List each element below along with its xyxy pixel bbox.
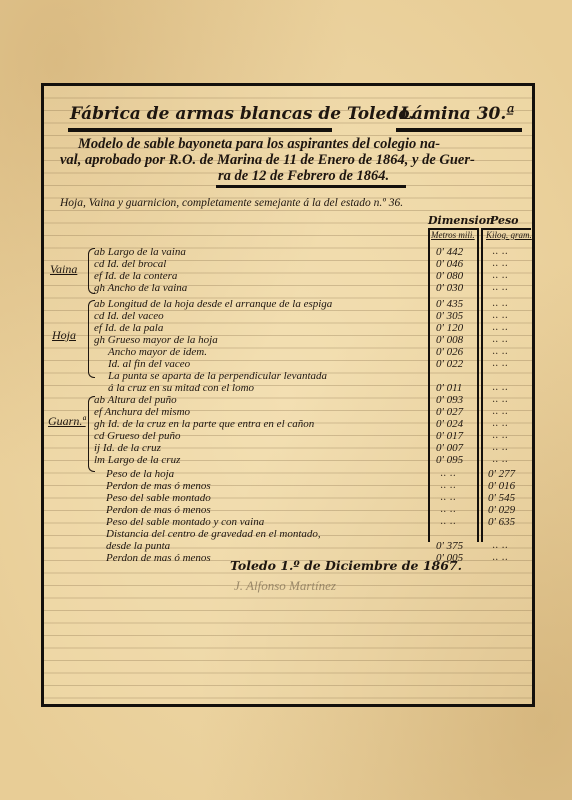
row-guarn-5: lm Largo de la cruz	[94, 454, 180, 466]
row-vaina-0: ab Largo de la vaina	[94, 246, 186, 258]
weight-row-4: Peso del sable montado y con vaina	[106, 516, 264, 528]
plate-underline	[396, 128, 522, 132]
weight-row-1: Perdon de mas ó menos	[106, 480, 211, 492]
row-guarn-0: ab Altura del puño	[94, 394, 177, 406]
peso-header: Peso	[490, 214, 519, 227]
peso-hoja-5: .. ..	[492, 358, 508, 369]
row-guarn-3: cd Grueso del puño	[94, 430, 180, 442]
row-hoja-6: La punta se aparta de la perpendicular l…	[108, 370, 327, 382]
dim-guarn-0: 0' 093	[436, 394, 463, 406]
peso-hoja-0: .. ..	[492, 298, 508, 309]
intro-text: Hoja, Vaina y guarnicion, completamente …	[60, 197, 403, 209]
peso-guarn-0: .. ..	[492, 394, 508, 405]
title-line-1: Modelo de sable bayoneta para los aspira…	[78, 136, 440, 153]
weight-dim-1: .. ..	[440, 480, 456, 491]
row-hoja-3: gh Grueso mayor de la hoja	[94, 334, 218, 346]
row-hoja-4: Ancho mayor de idem.	[108, 346, 207, 358]
peso-vaina-1: .. ..	[492, 258, 508, 269]
peso-vaina-3: .. ..	[492, 282, 508, 293]
weight-dim-2: .. ..	[440, 492, 456, 503]
weight-row-2: Peso del sable montado	[106, 492, 211, 504]
row-guarn-1: ef Anchura del mismo	[94, 406, 190, 418]
dim-guarn-5: 0' 095	[436, 454, 463, 466]
dim-guarn-1: 0' 027	[436, 406, 463, 418]
group-label-guarnicion: Guarn.ª	[48, 414, 86, 429]
heading-underline	[68, 128, 332, 132]
group-label-vaina: Vaina	[50, 262, 77, 277]
peso-guarn-3: .. ..	[492, 430, 508, 441]
dim-vaina-2: 0' 080	[436, 270, 463, 282]
peso-guarn-1: .. ..	[492, 406, 508, 417]
dim-guarn-4: 0' 007	[436, 442, 463, 454]
row-hoja-1: cd Id. del vaceo	[94, 310, 164, 322]
title-underline	[216, 185, 406, 188]
row-hoja-0: ab Longitud de la hoja desde el arranque…	[94, 298, 332, 310]
dim-hoja-5: 0' 022	[436, 358, 463, 370]
row-hoja-7: á la cruz en su mitad con el lomo	[108, 382, 254, 394]
title-line-3: ra de 12 de Febrero de 1864.	[218, 168, 389, 185]
weight-dim-3: .. ..	[440, 504, 456, 515]
row-guarn-4: ij Id. de la cruz	[94, 442, 161, 454]
document-frame: Fábrica de armas blancas de Toledo. Lámi…	[41, 83, 535, 707]
group-label-hoja: Hoja	[52, 328, 76, 343]
weight-peso-4: 0' 635	[488, 516, 515, 528]
weight-row-7: Perdon de mas ó menos	[106, 552, 211, 564]
weight-peso-2: 0' 545	[488, 492, 515, 504]
dimension-unit: Metros mili.	[431, 230, 475, 240]
dimension-col-left	[428, 228, 430, 542]
dim-vaina-0: 0' 442	[436, 246, 463, 258]
dimension-head-rule	[428, 228, 478, 230]
peso-hoja-1: .. ..	[492, 310, 508, 321]
peso-head-rule	[481, 228, 531, 230]
weight-row-5: Distancia del centro de gravedad en el m…	[106, 528, 321, 540]
dim-hoja-7: 0' 011	[436, 382, 462, 394]
row-guarn-2: gh Id. de la cruz en la parte que entra …	[94, 418, 314, 430]
peso-hoja-2: .. ..	[492, 322, 508, 333]
dim-hoja-0: 0' 435	[436, 298, 463, 310]
row-vaina-3: gh Ancho de la vaina	[94, 282, 187, 294]
dim-hoja-1: 0' 305	[436, 310, 463, 322]
weight-peso-0: 0' 277	[488, 468, 515, 480]
peso-hoja-4: .. ..	[492, 346, 508, 357]
dim-hoja-3: 0' 008	[436, 334, 463, 346]
dimension-col-right	[477, 228, 479, 542]
date-line: Toledo 1.º de Diciembre de 1867.	[230, 558, 462, 573]
weight-row-3: Perdon de mas ó menos	[106, 504, 211, 516]
dim-vaina-1: 0' 046	[436, 258, 463, 270]
peso-guarn-4: .. ..	[492, 442, 508, 453]
peso-hoja-7: .. ..	[492, 382, 508, 393]
peso-hoja-3: .. ..	[492, 334, 508, 345]
row-vaina-2: ef Id. de la contera	[94, 270, 177, 282]
peso-guarn-5: .. ..	[492, 454, 508, 465]
weight-row-6: desde la punta	[106, 540, 170, 552]
peso-col-left	[481, 228, 483, 542]
signature: J. Alfonso Martínez	[234, 578, 336, 594]
dim-hoja-4: 0' 026	[436, 346, 463, 358]
row-vaina-1: cd Id. del brocal	[94, 258, 166, 270]
dimension-header: Dimension	[428, 214, 494, 227]
dim-guarn-2: 0' 024	[436, 418, 463, 430]
peso-vaina-2: .. ..	[492, 270, 508, 281]
weight-peso-6: .. ..	[492, 540, 508, 551]
title-line-2: val, aprobado por R.O. de Marina de 11 d…	[60, 152, 475, 169]
plate-number: Lámina 30.ª	[400, 104, 515, 124]
peso-guarn-2: .. ..	[492, 418, 508, 429]
dim-hoja-2: 0' 120	[436, 322, 463, 334]
peso-vaina-0: .. ..	[492, 246, 508, 257]
factory-heading: Fábrica de armas blancas de Toledo.	[70, 104, 415, 124]
weight-row-0: Peso de la hoja	[106, 468, 174, 480]
weight-peso-7: .. ..	[492, 552, 508, 563]
weight-peso-1: 0' 016	[488, 480, 515, 492]
peso-unit: Kilog. gram.	[486, 230, 532, 240]
dim-guarn-3: 0' 017	[436, 430, 463, 442]
dim-vaina-3: 0' 030	[436, 282, 463, 294]
row-hoja-5: Id. al fin del vaceo	[108, 358, 190, 370]
weight-dim-4: .. ..	[440, 516, 456, 527]
row-hoja-2: ef Id. de la pala	[94, 322, 163, 334]
weight-peso-3: 0' 029	[488, 504, 515, 516]
weight-dim-6: 0' 375	[436, 540, 463, 552]
weight-dim-0: .. ..	[440, 468, 456, 479]
